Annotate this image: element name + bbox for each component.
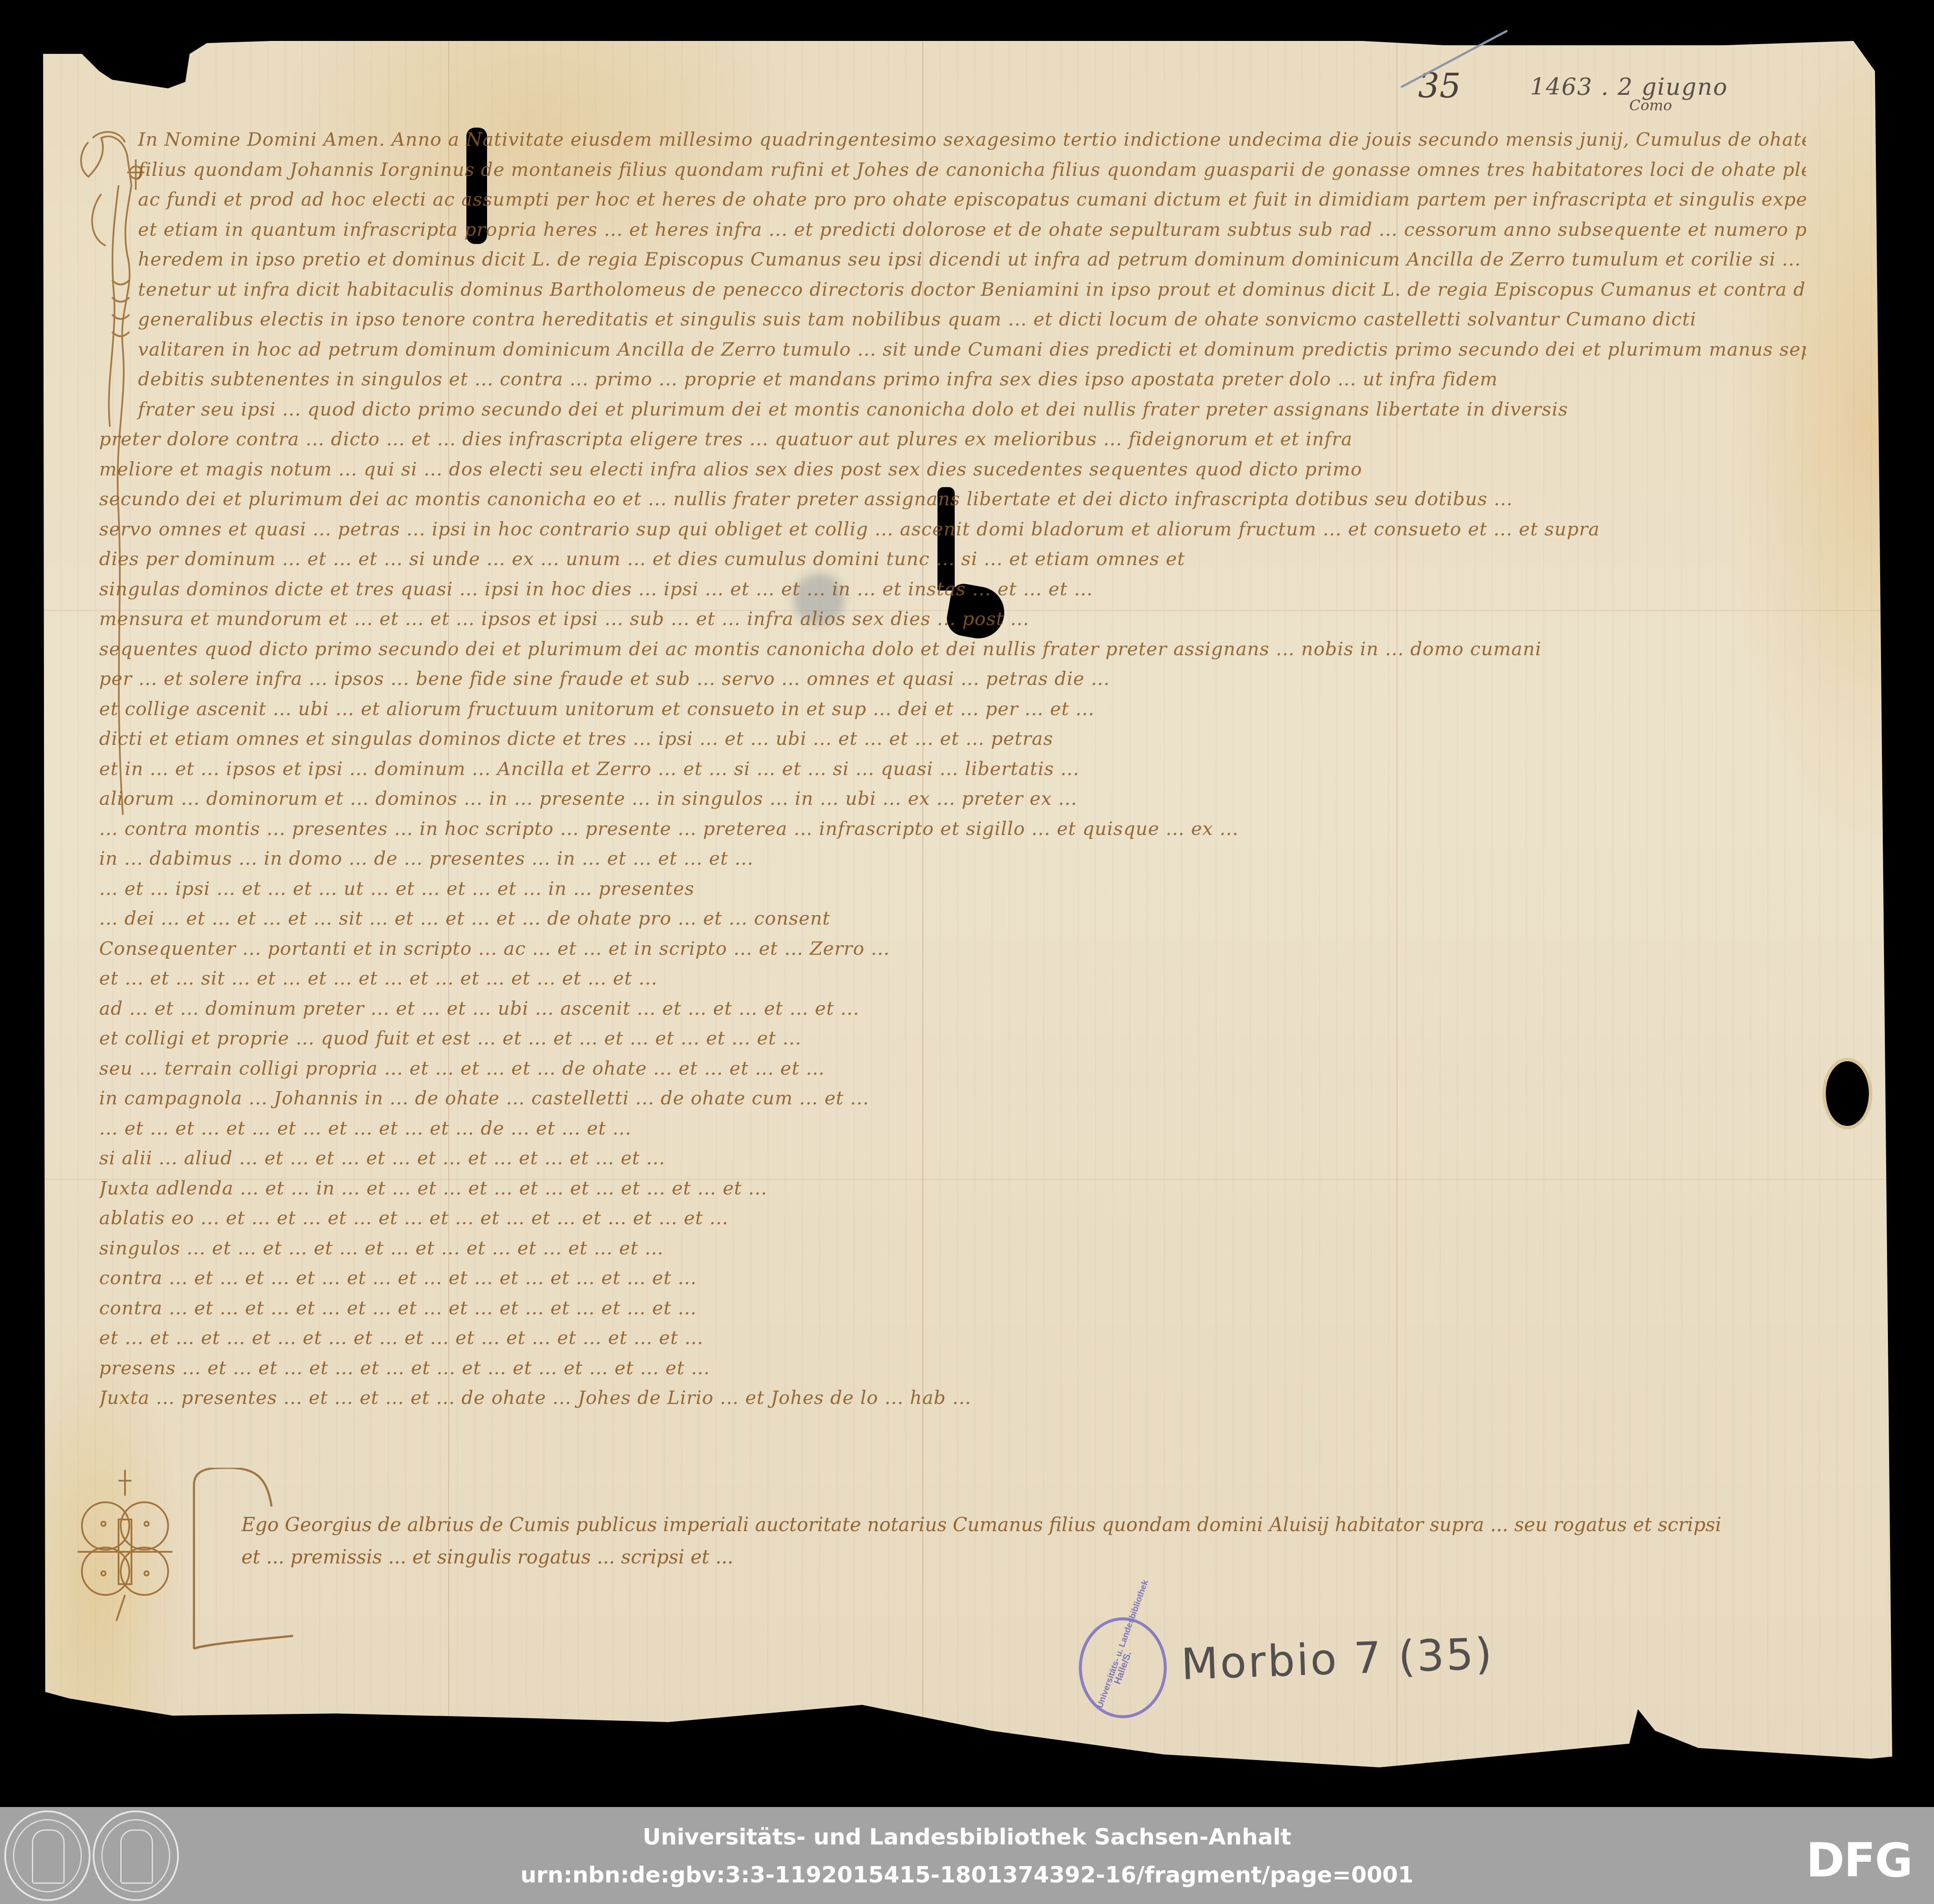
subscription-line: Ego Georgius de albrius de Cumis publicu… (241, 1509, 1836, 1541)
manuscript-line: ... dei ... et ... et ... et ... sit ...… (99, 904, 1806, 934)
manuscript-line: singulas dominos dicte et tres quasi ...… (99, 575, 1806, 605)
manuscript-line: in ... dabimus ... in domo ... de ... pr… (99, 844, 1806, 874)
dfg-logo: DFG (1806, 1834, 1912, 1888)
manuscript-line: ... et ... ipsi ... et ... et ... ut ...… (99, 874, 1806, 904)
manuscript-line: ac fundi et prod ad hoc electi ac assump… (99, 185, 1806, 215)
manuscript-line: frater seu ipsi ... quod dicto primo sec… (99, 395, 1806, 425)
manuscript-line: contra ... et ... et ... et ... et ... e… (99, 1263, 1806, 1294)
manuscript-line: heredem in ipso pretio et dominus dicit … (99, 245, 1806, 275)
manuscript-line: Consequenter ... portanti et in scripto … (99, 934, 1806, 964)
manuscript-line: preter dolore contra ... dicto ... et ..… (99, 425, 1806, 455)
date-annotation: 1463 . 2 giugno (1530, 73, 1728, 100)
manuscript-line: per ... et solere infra ... ipsos ... be… (99, 664, 1806, 694)
manuscript-line: Juxta adlenda ... et ... in ... et ... e… (99, 1174, 1806, 1204)
scan-area: In Nomine Domini Amen. Anno a Nativitate… (0, 0, 1934, 1802)
manuscript-line: dicti et etiam omnes et singulas dominos… (99, 724, 1806, 754)
place-annotation: Como (1629, 97, 1672, 114)
manuscript-line: in campagnola ... Johannis in ... de oha… (99, 1084, 1806, 1114)
manuscript-line: ... et ... et ... et ... et ... et ... e… (99, 1114, 1806, 1144)
manuscript-line: dies per dominum ... et ... et ... si un… (99, 544, 1806, 575)
manuscript-line: ad ... et ... dominum preter ... et ... … (99, 994, 1806, 1024)
footer-bar: Universitäts- und Landesbibliothek Sachs… (0, 1807, 1934, 1904)
manuscript-line: debitis subtenentes in singulos et ... c… (99, 365, 1806, 395)
manuscript-line: mensura et mundorum et ... et ... et ...… (99, 604, 1806, 635)
notary-subscription: Ego Georgius de albrius de Cumis publicu… (241, 1509, 1836, 1573)
library-name: Universitäts- und Landesbibliothek Sachs… (0, 1824, 1934, 1850)
archive-number: 35 (1418, 67, 1461, 106)
parchment-hole (1826, 1061, 1869, 1126)
manuscript-line: et collige ascenit ... ubi ... et alioru… (99, 694, 1806, 725)
manuscript-line: singulos ... et ... et ... et ... et ...… (99, 1234, 1806, 1264)
manuscript-line: generalibus electis in ipso tenore contr… (99, 305, 1806, 335)
manuscript-line: servo omnes et quasi ... petras ... ipsi… (99, 515, 1806, 545)
manuscript-line: ... contra montis ... presentes ... in h… (99, 814, 1806, 844)
manuscript-line: meliore et magis notum ... qui si ... do… (99, 455, 1806, 485)
manuscript-line: et colligi et proprie ... quod fuit et e… (99, 1024, 1806, 1054)
manuscript-line: contra ... et ... et ... et ... et ... e… (99, 1294, 1806, 1324)
manuscript-line: tenetur ut infra dicit habitaculis domin… (99, 275, 1806, 305)
manuscript-line: In Nomine Domini Amen. Anno a Nativitate… (99, 125, 1806, 155)
manuscript-line: si alii ... aliud ... et ... et ... et .… (99, 1144, 1806, 1174)
manuscript-line: filius quondam Johannis Iorgninus de mon… (99, 155, 1806, 185)
manuscript-line: et ... et ... et ... et ... et ... et ..… (99, 1323, 1806, 1354)
manuscript-line: seu ... terrain colligi propria ... et .… (99, 1054, 1806, 1084)
manuscript-line: Juxta ... presentes ... et ... et ... et… (99, 1383, 1806, 1413)
manuscript-line: ablatis eo ... et ... et ... et ... et .… (99, 1204, 1806, 1234)
manuscript-line: aliorum ... dominorum et ... dominos ...… (99, 784, 1806, 814)
manuscript-line: et ... et ... sit ... et ... et ... et .… (99, 964, 1806, 994)
manuscript-line: presens ... et ... et ... et ... et ... … (99, 1354, 1806, 1384)
subscription-line: et ... premissis ... et singulis rogatus… (241, 1541, 1836, 1573)
manuscript-line: et etiam in quantum infrascripta propria… (99, 215, 1806, 245)
notary-signum-icon (69, 1470, 181, 1625)
manuscript-line: et in ... et ... ipsos et ipsi ... domin… (99, 754, 1806, 785)
manuscript-line: secundo dei et plurimum dei ac montis ca… (99, 485, 1806, 515)
manuscript-line: sequentes quod dicto primo secundo dei e… (99, 635, 1806, 665)
urn-identifier[interactable]: urn:nbn:de:gbv:3:3-1192015415-1801374392… (0, 1862, 1934, 1888)
manuscript-text: In Nomine Domini Amen. Anno a Nativitate… (99, 125, 1806, 1413)
manuscript-line: valitaren in hoc ad petrum dominum domin… (99, 335, 1806, 365)
library-stamp: Universitäts- u. Landesbibliothek Halle/… (1079, 1617, 1167, 1718)
